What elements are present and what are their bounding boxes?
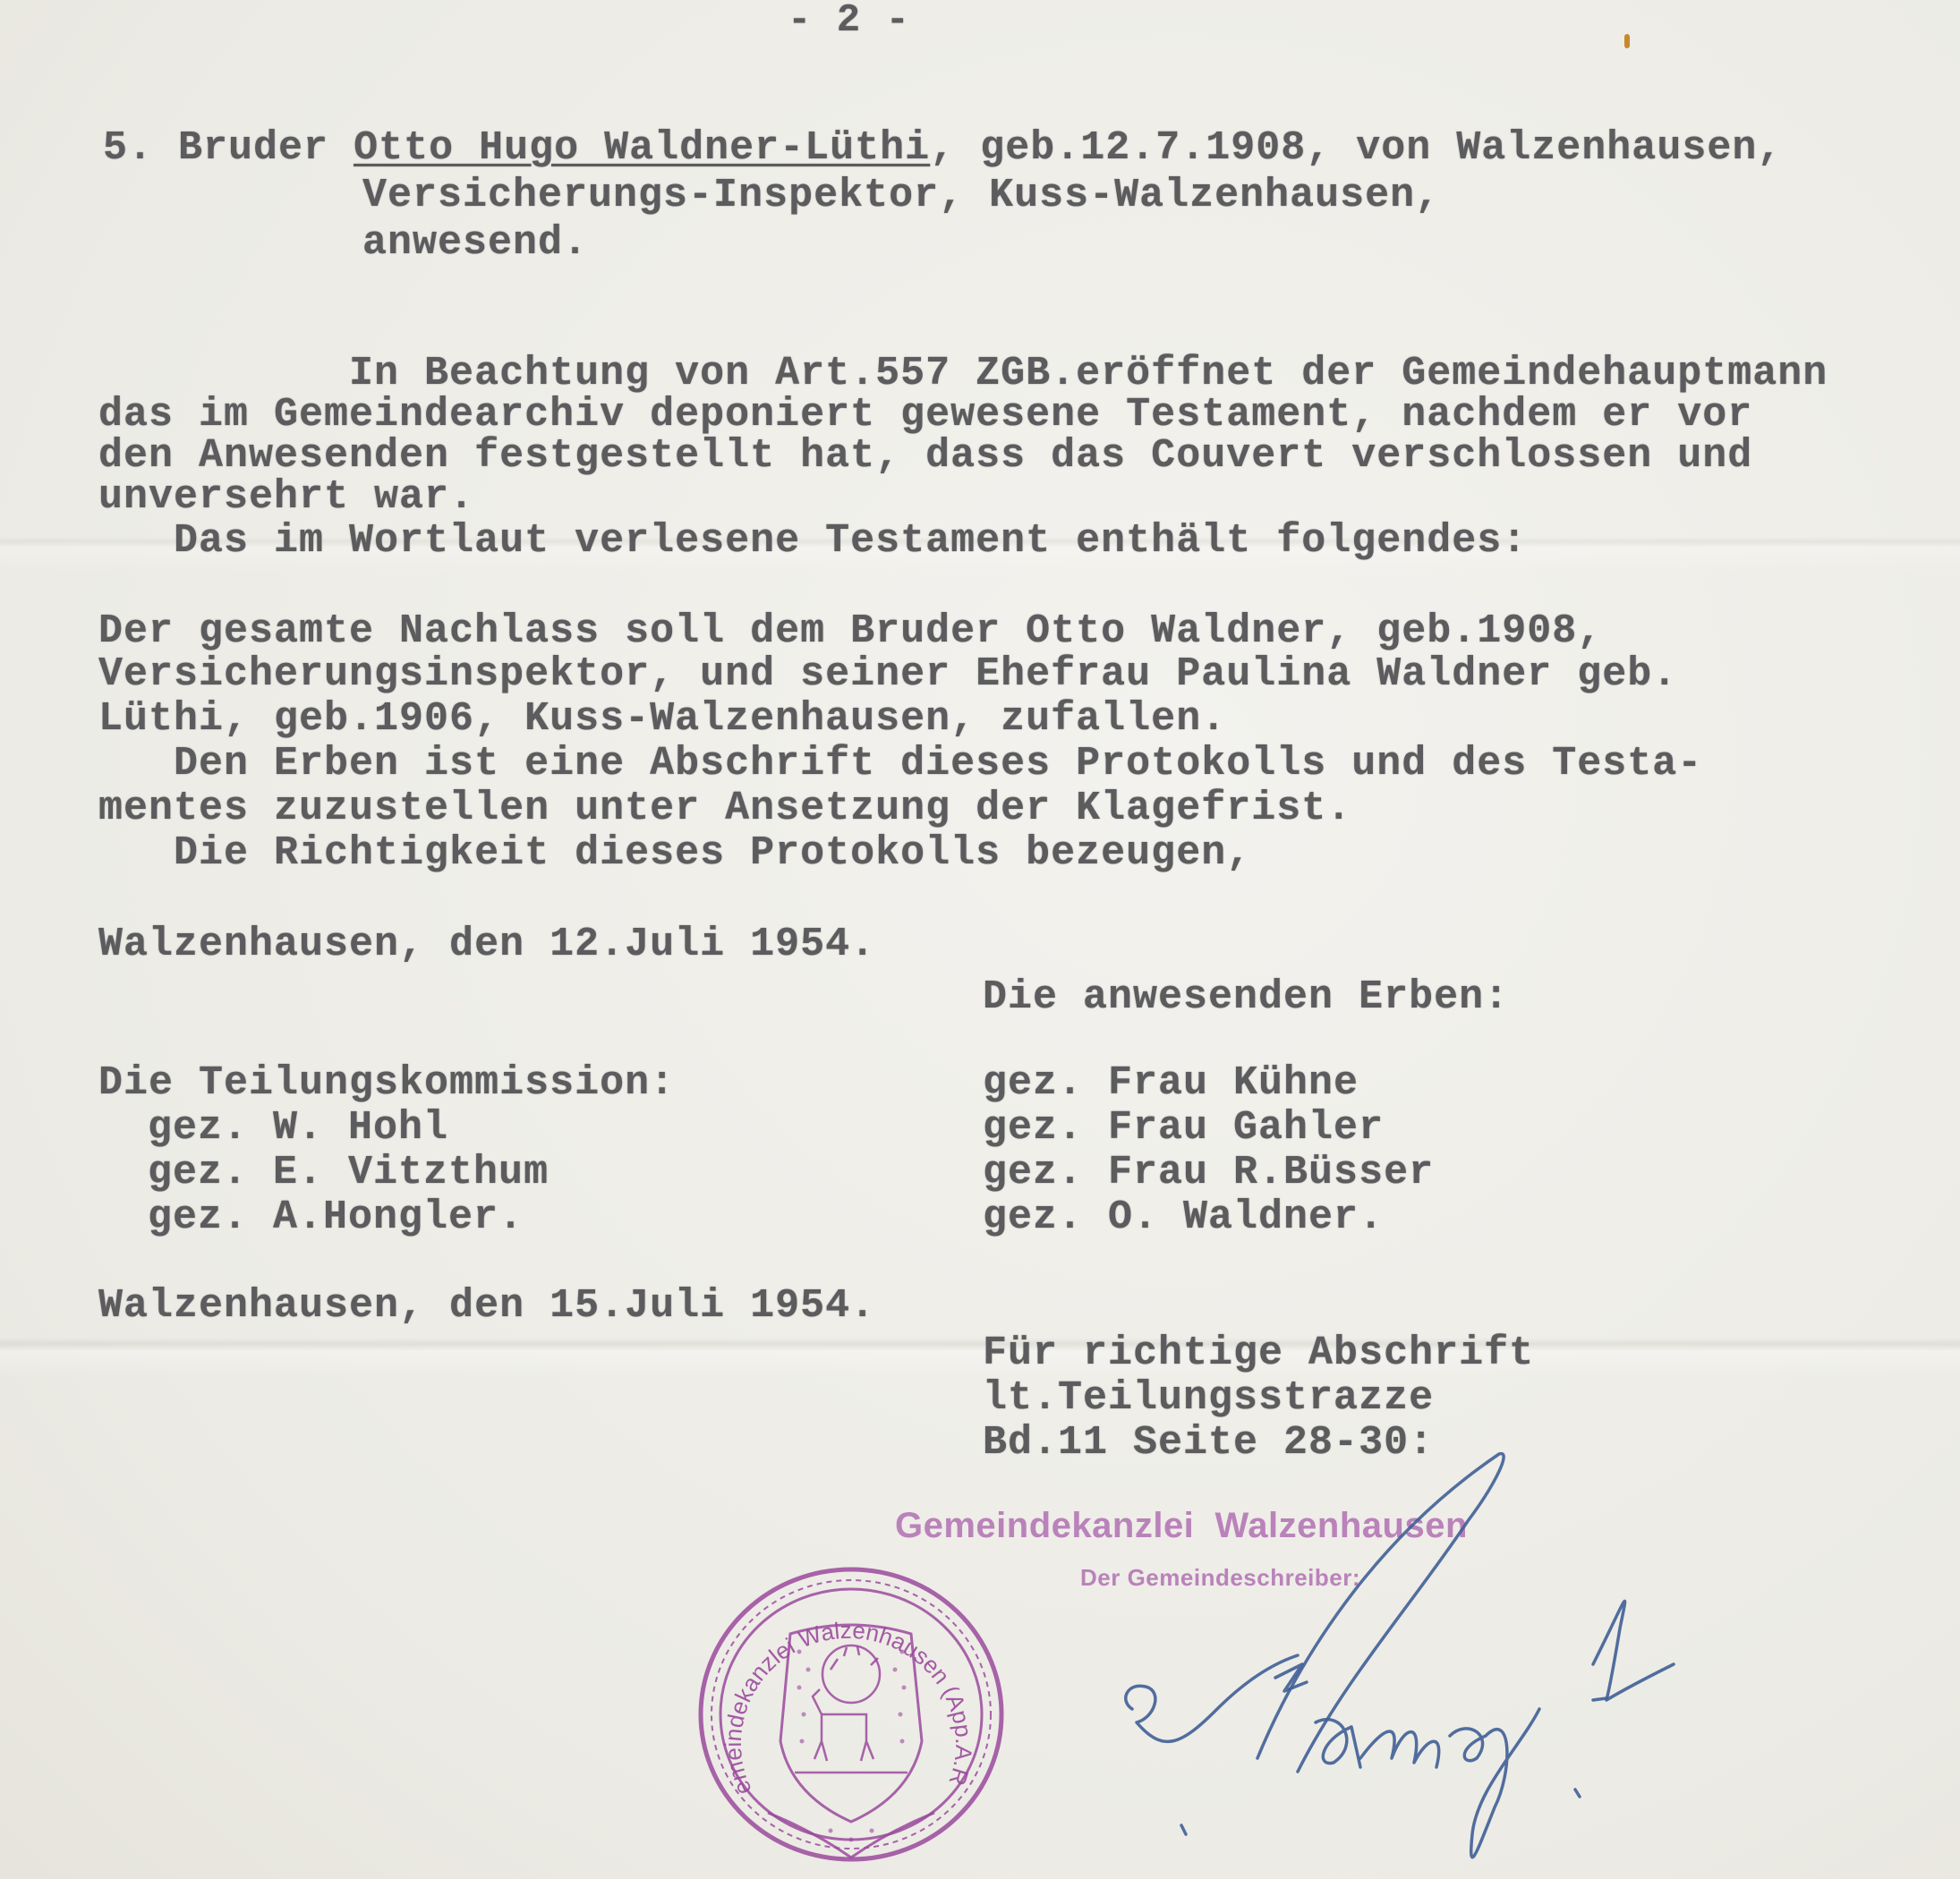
paper-stain [1624, 34, 1630, 48]
heir-name: Otto Hugo Waldner-Lüthi [354, 125, 930, 171]
paragraph2-line: mentes zuzustellen unter Ansetzung der K… [98, 788, 1351, 829]
document-page: - 2 - 5. Bruder Otto Hugo Waldner-Lüthi,… [0, 0, 1960, 1879]
certification-line: Für richtige Abschrift [983, 1333, 1534, 1374]
heir-signature: gez. Frau Kühne [983, 1063, 1359, 1104]
page-number: - 2 - [788, 0, 910, 41]
paragraph2-line: Versicherungsinspektor, und seiner Ehefr… [98, 654, 1677, 695]
item-role: Bruder [178, 125, 328, 171]
heir-signature: gez. Frau R.Büsser [983, 1152, 1434, 1194]
commission-signature: gez. E. Vitzthum [148, 1152, 549, 1194]
paragraph2-line: Lüthi, geb.1906, Kuss-Walzenhausen, zufa… [98, 699, 1226, 740]
paragraph2-line: Den Erben ist eine Abschrift dieses Prot… [98, 744, 1702, 785]
heir-details: , geb.12.7.1908, von Walzenhausen, [930, 125, 1782, 171]
paragraph2-line: Der gesamte Nachlass soll dem Bruder Ott… [98, 611, 1602, 652]
paragraph2-line: Die Richtigkeit dieses Protokolls bezeug… [98, 833, 1251, 874]
commission-signature: gez. A.Hongler. [148, 1197, 524, 1238]
date-line-1: Walzenhausen, den 12.Juli 1954. [98, 924, 875, 965]
svg-text:Gemeindekanzlei Walzenhausen (: Gemeindekanzlei Walzenhausen (App.A.Rh.) [687, 1562, 977, 1799]
commission-heading: Die Teilungskommission: [98, 1063, 675, 1104]
heir-signature: gez. O. Waldner. [983, 1197, 1384, 1238]
item5-line1: 5. Bruder Otto Hugo Waldner-Lüthi, geb.1… [103, 128, 1782, 169]
paragraph1-line: das im Gemeindearchiv deponiert gewesene… [98, 395, 1752, 436]
official-seal-icon: Gemeindekanzlei Walzenhausen (App.A.Rh.) [687, 1562, 1015, 1872]
paragraph1-line: unversehrt war. [98, 477, 474, 518]
item5-line3: anwesend. [362, 223, 588, 264]
handwritten-signature-icon [1092, 1414, 1700, 1879]
date-line-2: Walzenhausen, den 15.Juli 1954. [98, 1286, 875, 1327]
paragraph1-line: In Beachtung von Art.557 ZGB.eröffnet de… [98, 353, 1828, 395]
paragraph1-line: den Anwesenden festgestellt hat, dass da… [98, 436, 1752, 477]
item5-line2: Versicherungs-Inspektor, Kuss-Walzenhaus… [362, 175, 1440, 217]
commission-signature: gez. W. Hohl [148, 1108, 448, 1149]
heir-signature: gez. Frau Gahler [983, 1108, 1384, 1149]
item-number: 5. [103, 125, 153, 171]
heirs-heading: Die anwesenden Erben: [983, 977, 1509, 1018]
paragraph1-line: Das im Wortlaut verlesene Testament enth… [98, 521, 1527, 562]
